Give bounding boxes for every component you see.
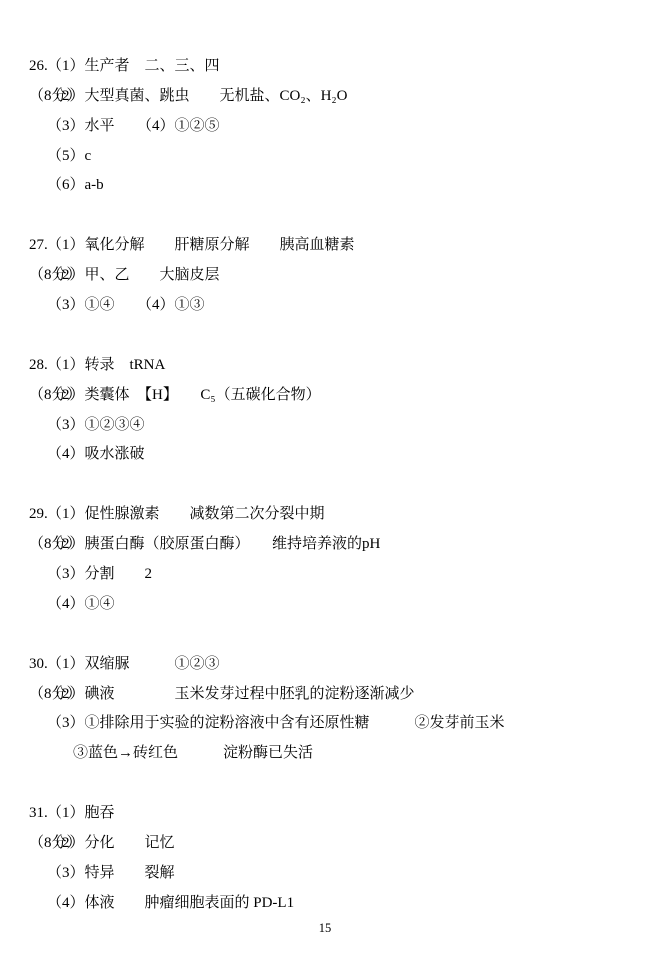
- question-27-answer-2: （2）甲、乙 大脑皮层: [0, 261, 650, 291]
- question-26-answer-2: （2）大型真菌、跳虫 无机盐、CO₂、H₂O: [0, 82, 650, 112]
- question-28-answer-3: （3）①②③④: [0, 411, 650, 441]
- question-30-answer-2: （2）碘液 玉米发芽过程中胚乳的淀粉逐渐减少: [0, 680, 650, 710]
- page-number: 15: [0, 920, 650, 936]
- question-31-header: 31. （8分）: [0, 769, 650, 799]
- question-29-answer-4: （4）①④: [0, 590, 650, 620]
- question-26-answer-1: （1）生产者 二、三、四: [0, 52, 650, 82]
- question-31-answer-3: （3）特异 裂解: [0, 859, 650, 889]
- question-26-answer-5: （6）a-b: [0, 171, 650, 201]
- question-26-answer-3: （3）水平 （4）①②⑤: [0, 112, 650, 142]
- question-26-answer-4: （5）c: [0, 142, 650, 172]
- question-29-answer-1: （1）促性腺激素 减数第二次分裂中期: [0, 500, 650, 530]
- question-28-header: 28. （8分）: [0, 321, 650, 351]
- question-29-header: 29. （8分）: [0, 470, 650, 500]
- question-30-header: 30. （8分）: [0, 620, 650, 650]
- question-27-header: 27. （8分）: [0, 201, 650, 231]
- question-27-answer-1: （1）氧化分解 肝糖原分解 胰高血糖素: [0, 231, 650, 261]
- question-31-answer-2: （2）分化 记忆: [0, 829, 650, 859]
- question-28-answer-2: （2）类囊体 【H】 C₅（五碳化合物）: [0, 381, 650, 411]
- question-29-answer-3: （3）分割 2: [0, 560, 650, 590]
- question-31-answer-4: （4）体液 肿瘤细胞表面的 PD-L1: [0, 889, 650, 919]
- question-28-answer-1: （1）转录 tRNA: [0, 351, 650, 381]
- answer-key-page: 26. （8分） （1）生产者 二、三、四 （2）大型真菌、跳虫 无机盐、CO₂…: [0, 0, 650, 959]
- question-30-answer-1: （1）双缩脲 ①②③: [0, 650, 650, 680]
- question-26-header: 26. （8分）: [0, 22, 650, 52]
- question-30-answer-3-continued: ③蓝色→砖红色 淀粉酶已失活: [0, 739, 650, 769]
- question-28-answer-4: （4）吸水涨破: [0, 440, 650, 470]
- question-31-answer-1: （1）胞吞: [0, 799, 650, 829]
- question-27-answer-3: （3）①④ （4）①③: [0, 291, 650, 321]
- question-30-answer-3: （3）①排除用于实验的淀粉溶液中含有还原性糖 ②发芽前玉米: [0, 709, 650, 739]
- question-29-answer-2: （2）胰蛋白酶（胶原蛋白酶） 维持培养液的pH: [0, 530, 650, 560]
